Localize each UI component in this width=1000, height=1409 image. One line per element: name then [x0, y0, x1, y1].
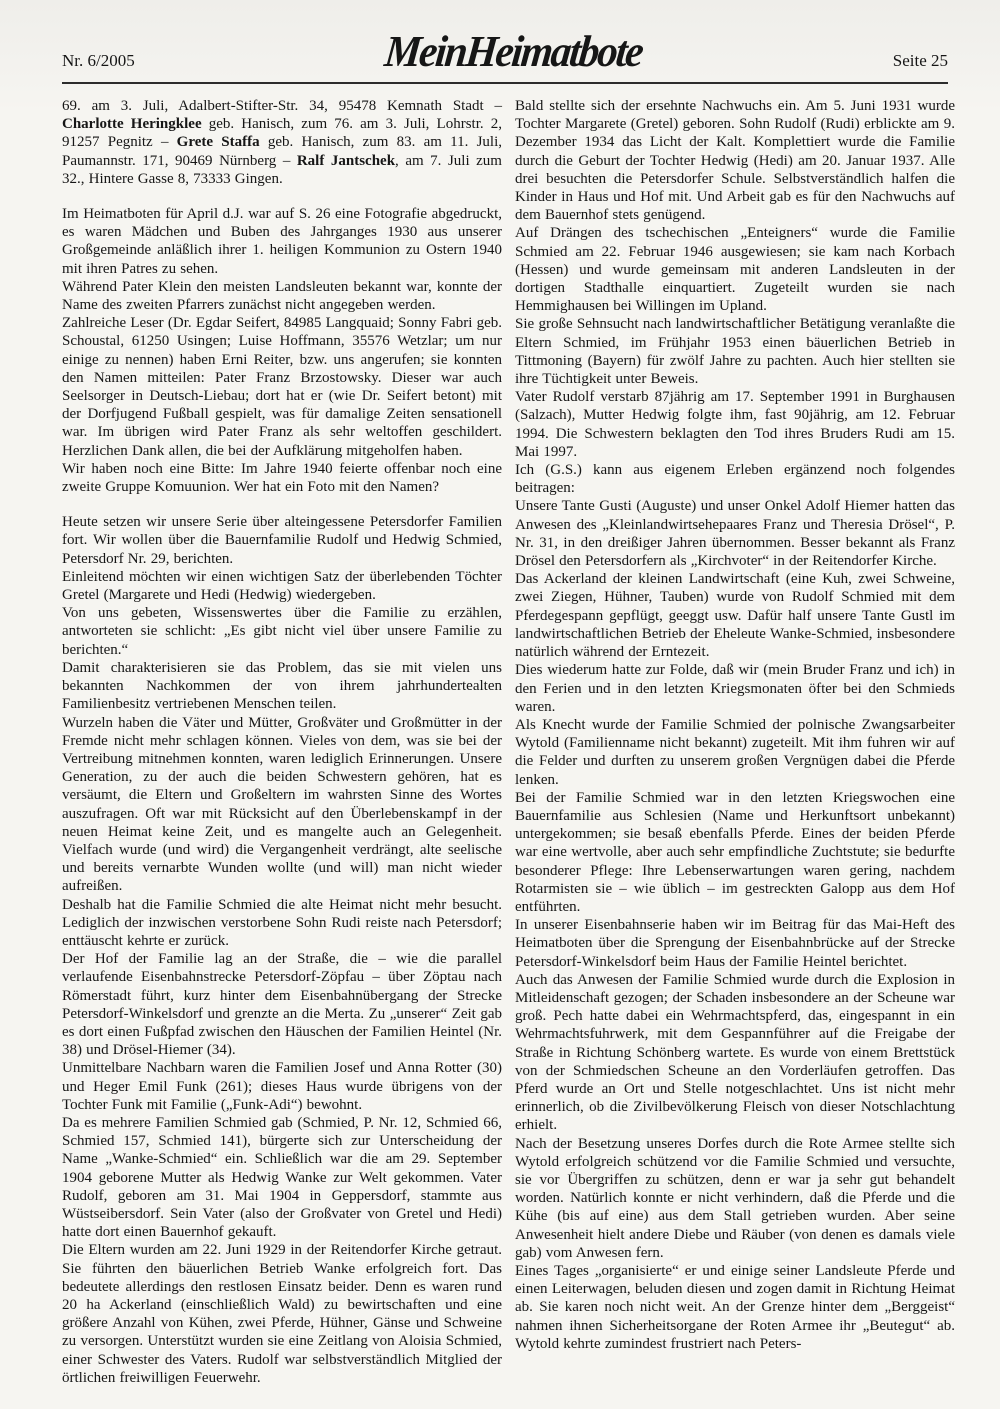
article-columns: 69. am 3. Juli, Adalbert-Stifter-Str. 34…: [0, 84, 1000, 1387]
paragraph: Einleitend möchten wir einen wichtigen S…: [62, 568, 502, 604]
paragraph: Von uns gebeten, Wissenswertes über die …: [62, 604, 502, 659]
page-header: Nr. 6/2005 MeinHeimatbote Seite 25: [0, 0, 1000, 78]
paragraph: Unmittelbare Nachbarn waren die Familien…: [62, 1059, 502, 1114]
paragraph: In unserer Eisenbahnserie haben wir im B…: [515, 916, 955, 971]
paragraph: Im Heimatboten für April d.J. war auf S.…: [62, 205, 502, 278]
announcement-name: Grete Staffa: [177, 134, 260, 150]
paragraph: Deshalb hat die Familie Schmied die alte…: [62, 896, 502, 951]
section-gap: [62, 496, 502, 513]
announcement-name: Ralf Jantschek: [297, 153, 395, 169]
paragraph: Heute setzen wir unsere Serie über altei…: [62, 513, 502, 568]
paragraph: Wir haben noch eine Bitte: Im Jahre 1940…: [62, 460, 502, 496]
schmied-family-continued: Bald stellte sich der ersehnte Nachwuchs…: [515, 97, 955, 1353]
paragraph: Bald stellte sich der ersehnte Nachwuchs…: [515, 97, 955, 224]
schmied-family-section: Heute setzen wir unsere Serie über altei…: [62, 513, 502, 1387]
birthday-announcements-paragraph: 69. am 3. Juli, Adalbert-Stifter-Str. 34…: [62, 97, 502, 188]
newspaper-page: Nr. 6/2005 MeinHeimatbote Seite 25 69. a…: [0, 0, 1000, 1409]
paragraph: Dies wiederum hatte zur Folde, daß wir (…: [515, 661, 955, 716]
paragraph: Nach der Besetzung unseres Dorfes durch …: [515, 1135, 955, 1262]
paragraph: Auch das Anwesen der Familie Schmied wur…: [515, 971, 955, 1135]
paragraph: Ich (G.S.) kann aus eigenem Erleben ergä…: [515, 461, 955, 497]
paragraph: Bei der Familie Schmied war in den letzt…: [515, 789, 955, 916]
paragraph: Auf Drängen des tschechischen „Enteigner…: [515, 224, 955, 315]
paragraph: Da es mehrere Familien Schmied gab (Schm…: [62, 1114, 502, 1241]
paragraph: Damit charakterisieren sie das Problem, …: [62, 659, 502, 714]
paragraph: Während Pater Klein den meisten Landsleu…: [62, 278, 502, 314]
kommunion-section: Im Heimatboten für April d.J. war auf S.…: [62, 205, 502, 496]
paragraph: Sie große Sehnsucht nach landwirtschaftl…: [515, 315, 955, 388]
left-column: 69. am 3. Juli, Adalbert-Stifter-Str. 34…: [62, 97, 502, 1387]
paragraph: Eines Tages „organisierte“ er und einige…: [515, 1262, 955, 1353]
page-number: Seite 25: [893, 51, 948, 72]
paragraph: Zahlreiche Leser (Dr. Egdar Seifert, 849…: [62, 314, 502, 460]
issue-number: Nr. 6/2005: [62, 51, 135, 72]
right-column: Bald stellte sich der ersehnte Nachwuchs…: [515, 97, 955, 1387]
paragraph: Der Hof der Familie lag an der Straße, d…: [62, 950, 502, 1059]
announcement-name: Charlotte Heringklee: [62, 116, 202, 132]
paragraph: Als Knecht wurde der Familie Schmied der…: [515, 716, 955, 789]
announcement-text: 69. am 3. Juli, Adalbert-Stifter-Str. 34…: [62, 98, 502, 114]
paragraph: Das Ackerland der kleinen Landwirtschaft…: [515, 570, 955, 661]
masthead-logo: MeinHeimatbote: [383, 29, 644, 73]
paragraph: Vater Rudolf verstarb 87jährig am 17. Se…: [515, 388, 955, 461]
paragraph: Unsere Tante Gusti (Auguste) und unser O…: [515, 497, 955, 570]
section-gap: [62, 188, 502, 205]
paragraph: Wurzeln haben die Väter und Mütter, Groß…: [62, 714, 502, 896]
paragraph: Die Eltern wurden am 22. Juni 1929 in de…: [62, 1241, 502, 1387]
